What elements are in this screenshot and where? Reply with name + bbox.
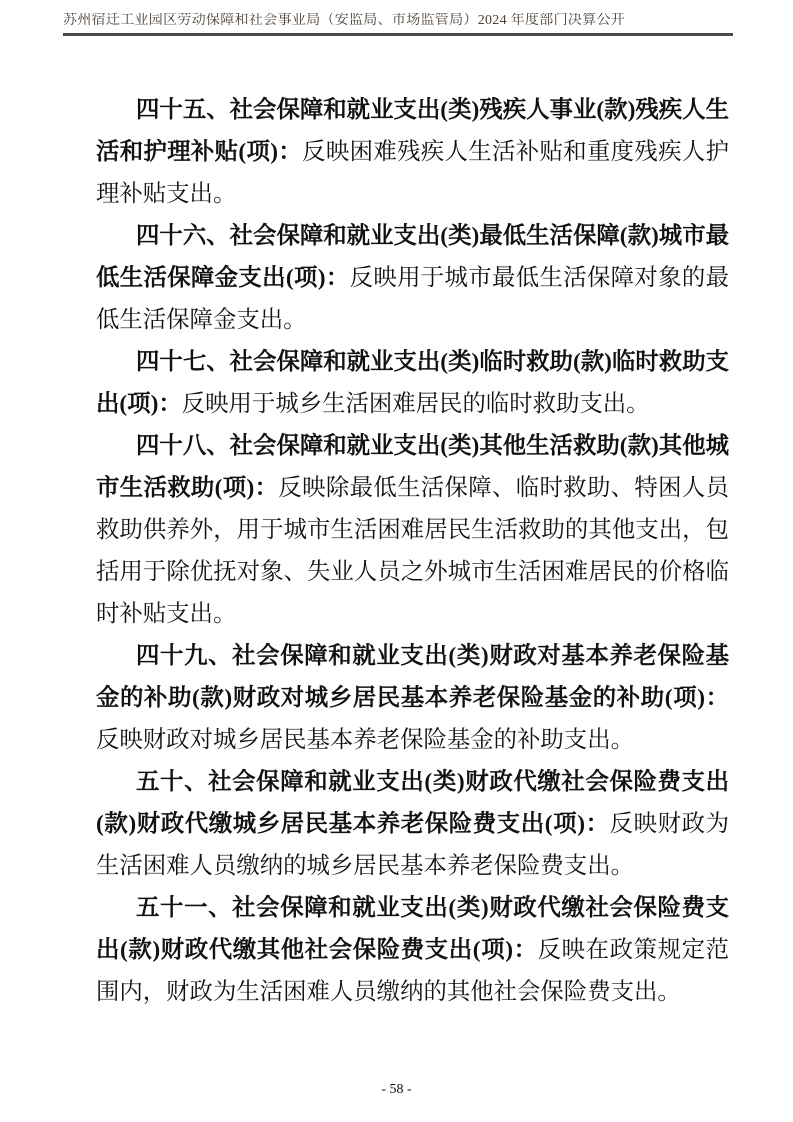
page-footer: - 58 - [0,1080,793,1100]
page-number: - 58 - [381,1082,411,1097]
paragraph: 四十六、社会保障和就业支出(类)最低生活保障(款)城市最低生活保障金支出(项)：… [96,215,729,341]
paragraph: 四十七、社会保障和就业支出(类)临时救助(款)临时救助支出(项)：反映用于城乡生… [96,341,729,425]
paragraph: 四十八、社会保障和就业支出(类)其他生活救助(款)其他城市生活救助(项)：反映除… [96,425,729,635]
paragraph-text: 反映财政对城乡居民基本养老保险基金的补助支出。 [96,727,634,753]
paragraph: 四十九、社会保障和就业支出(类)财政对基本养老保险基金的补助(款)财政对城乡居民… [96,635,729,761]
document-header: 苏州宿迁工业园区劳动保障和社会事业局（安监局、市场监管局）2024 年度部门决算… [63,13,733,36]
document-header-title: 苏州宿迁工业园区劳动保障和社会事业局（安监局、市场监管局）2024 年度部门决算… [63,13,625,28]
paragraph-lead: 四十九、社会保障和就业支出(类)财政对基本养老保险基金的补助(款)财政对城乡居民… [96,643,729,711]
document-page: 苏州宿迁工业园区劳动保障和社会事业局（安监局、市场监管局）2024 年度部门决算… [0,0,793,1122]
paragraph-text: 反映用于城乡生活困难居民的临时救助支出。 [182,391,650,417]
paragraph: 五十一、社会保障和就业支出(类)财政代缴社会保险费支出(款)财政代缴其他社会保险… [96,887,729,1013]
document-body: 四十五、社会保障和就业支出(类)残疾人事业(款)残疾人生活和护理补贴(项)：反映… [96,89,729,1013]
paragraph: 五十、社会保障和就业支出(类)财政代缴社会保险费支出(款)财政代缴城乡居民基本养… [96,761,729,887]
paragraph: 四十五、社会保障和就业支出(类)残疾人事业(款)残疾人生活和护理补贴(项)：反映… [96,89,729,215]
